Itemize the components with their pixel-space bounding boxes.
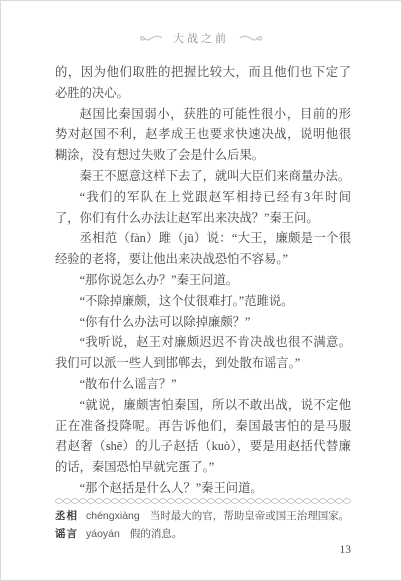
body-line: 糊涂，没有想过失败了会是什么后果。 [55, 145, 351, 166]
book-page: 大战之前 的，因为他们取胜的把握比较大，而且他们也下定了必胜的决心。赵国比秦国弱… [0, 0, 402, 581]
body-line: 必胜的决心。 [55, 83, 351, 104]
body-line: 了，你们有什么办法让赵军出来决战？”秦王问。 [55, 208, 351, 229]
footnote-definition: 当时最大的官，帮助皇帝或国王治理国家。 [150, 508, 350, 526]
body-line: “你有什么办法可以除掉廉颇？” [55, 312, 351, 333]
body-line: “散布什么谣言？” [55, 374, 351, 395]
footnote-row: 丞相chéngxiàng当时最大的官，帮助皇帝或国王治理国家。 [55, 507, 351, 525]
body-line: 势对赵国不利，赵孝成王也要求快速决战，说明他很 [55, 124, 351, 145]
body-line: 我们可以派一些人到邯郸去，到处散布谣言。” [55, 353, 351, 374]
body-line: 的话，秦国恐怕早就完蛋了。” [55, 457, 351, 478]
body-line: “我们的军队在上党跟赵军相持已经有3年时间 [55, 187, 351, 208]
body-line: “就说，廉颇害怕秦国，所以不敢出战，说不定他 [55, 395, 351, 416]
body-line: 正在准备投降呢。再告诉他们，秦国最害怕的是马服 [55, 416, 351, 437]
body-line: “不除掉廉颇，这个仗很难打。”范雎说。 [55, 291, 351, 312]
body-line: 经验的老将，要让他出来决战恐怕不容易。” [55, 249, 351, 270]
body-line: “那你说怎么办？”秦王问道。 [55, 270, 351, 291]
footnotes: 丞相chéngxiàng当时最大的官，帮助皇帝或国王治理国家。谣言yáoyán假… [55, 507, 351, 543]
body-line: 君赵奢（shē）的儿子赵括（kuò），要是用赵括代替廉颇 [55, 436, 351, 457]
body-line: 秦王不愿意这样下去了，就叫大臣们来商量办法。 [55, 166, 351, 187]
chapter-title: 大战之前 [173, 30, 229, 46]
header-swash-right-icon [239, 33, 263, 43]
body-text: 的，因为他们取胜的把握比较大，而且他们也下定了必胜的决心。赵国比秦国弱小，获胜的… [55, 62, 351, 499]
footnote-pinyin: yáoyán [86, 525, 120, 543]
body-line: “我听说，赵王对廉颇迟迟不肯决战也很不满意。 [55, 332, 351, 353]
footnote-word: 谣言 [55, 525, 78, 543]
header-swash-left-icon [139, 33, 163, 43]
page-number: 13 [340, 544, 352, 556]
footnote-divider-icon [55, 497, 351, 505]
footnote-word: 丞相 [55, 507, 78, 525]
body-line: “那个赵括是什么人？”秦王问道。 [55, 478, 351, 499]
footnote-definition: 假的消息。 [130, 526, 183, 544]
page-header: 大战之前 [1, 30, 401, 46]
body-line: 的，因为他们取胜的把握比较大，而且他们也下定了 [55, 62, 351, 83]
footnote-row: 谣言yáoyán假的消息。 [55, 525, 351, 543]
body-line: 丞相范（fàn）雎（jū）说：“大王，廉颇是一个很有 [55, 228, 351, 249]
body-line: 赵国比秦国弱小，获胜的可能性很小，目前的形 [55, 104, 351, 125]
footnote-pinyin: chéngxiàng [86, 507, 140, 525]
